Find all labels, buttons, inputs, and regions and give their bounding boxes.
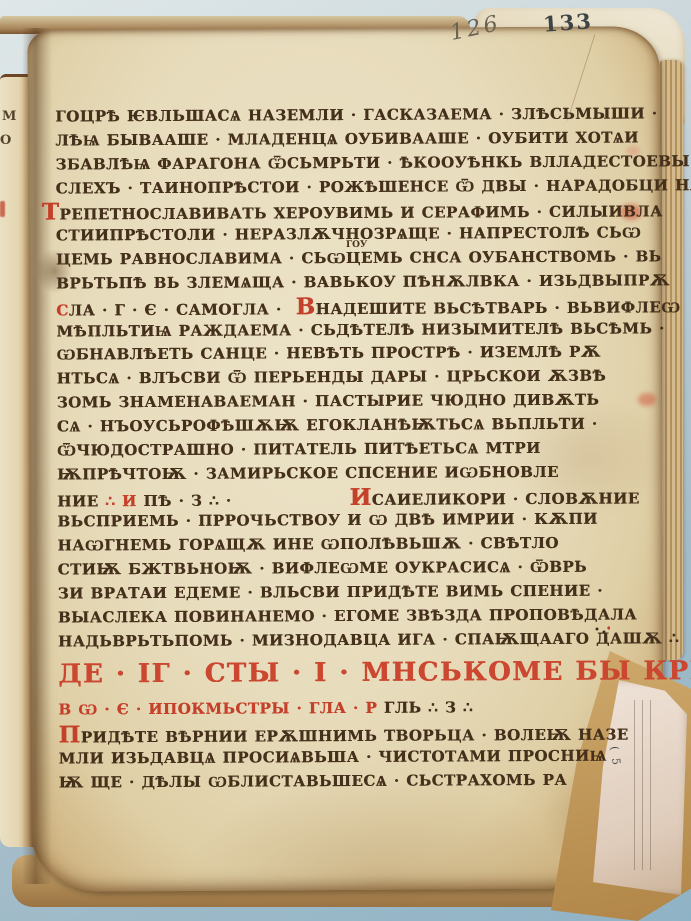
text-segment: ЗОМЬ ЗНАМЕНАВАЕМАН · ПАСТЫРИЕ ЧЮДНО ДИВѪ…: [57, 391, 600, 412]
text-line: СТИИПРѢСТОЛИ · НЕРАЗЛѪЧНОЗРѦЩЕ · НАПРЕСТ…: [56, 222, 631, 249]
text-segment: СѦ · НЪОУСЬРОФѢШѪѬ ЕГОКЛАНѢѬТЬСѦ ВЬПЛЬТИ…: [57, 415, 598, 436]
interlinear-superscript: ГОУ: [346, 240, 367, 250]
section-heading: ДЕ · ІГ · СТЫ · І · МНСЬКОМЕ БЫ КРИТѢ ·: [58, 651, 633, 698]
text-segment: МЛИ ИЗЬДАВЦѦ ПРОСИѦВЬША · ЧИСТОТАМИ ПРОС…: [59, 747, 607, 768]
text-line: ГОЦРѢ ѤВЛЬШАСѦ НАЗЕМЛИ · ГАСКАЗАЕМА · ЗЛ…: [55, 102, 630, 129]
text-line: ЗИ ВРАТАИ ЕДЕМЕ · ВЛЬСВИ ПРИДѢТЕ ВИМЬ СП…: [58, 579, 633, 606]
rubric-line: В Ѡ · Є · ИПОКМЬСТРЫ · ГЛА · Р ГЛЬ ∴ З ∴: [58, 695, 633, 724]
text-segment: Ѭ ЩЕ · ДѢЛЫ ѠБЛИСТАВЬШЕСѦ · СЬСТРАХОМЬ Р…: [59, 771, 567, 792]
text-line: Ѭ ЩЕ · ДѢЛЫ ѠБЛИСТАВЬШЕСѦ · СЬСТРАХОМЬ Р…: [59, 769, 634, 796]
text-segment: МѢПЛЬТИѨ РАЖДАЕМА · СЬДѢТЕЛѢ НИЗЫМИТЕЛѢ …: [56, 319, 664, 340]
text-segment: СТИѬ БЖТВЬНОѬ · ВИФЛЕѠМЕ ОУКРАСИСѦ · ѾВР…: [58, 558, 587, 579]
text-line: НТЬСѦ · ВЛЪСВИ Ѿ ПЕРЬЕНДЫ ДАРЫ · ЦРЬСКОИ…: [57, 365, 632, 392]
red-margin-smudge: [638, 393, 656, 406]
text-segment: ЗИ ВРАТАИ ЕДЕМЕ · ВЛЬСВИ ПРИДѢТЕ ВИМЬ СП…: [58, 582, 603, 603]
text-block: ГОУ ГОЦРѢ ѤВЛЬШАСѦ НАЗЕМЛИ · ГАСКАЗАЕМА …: [55, 102, 634, 795]
text-line: ВЬСПРИЕМЬ · ПРРОЧЬСТВОУ И Ѡ ДВѢ ИМРИИ · …: [57, 508, 632, 535]
text-line: НАѠГНЕМЬ ГОРѦЩѪ ИНЕ ѠПОЛѢВЬШѪ · СВѢТЛО: [57, 532, 632, 559]
red-fleck: [0, 201, 5, 217]
text-line: СѦ · НЪОУСЬРОФѢШѪѬ ЕГОКЛАНѢѬТЬСѦ ВЬПЛЬТИ…: [57, 412, 632, 439]
text-line: СЛЕХЪ · ТАИНОПРѢСТОИ · РОЖѢШЕНСЕ Ѿ ДВЫ ·…: [56, 174, 631, 201]
red-mark: ∴ И: [105, 492, 137, 510]
red-initial: П: [58, 722, 80, 749]
gutter-letter: М: [2, 109, 16, 124]
text-segment: ѾЧЮДОСТРАШНО · ПИТАТЕЛЬ ПИТѢЕТЬСѦ МТРИ: [57, 439, 541, 460]
rubric-dark-text: ГЛЬ ∴ З ∴: [377, 699, 473, 718]
red-initial: В: [296, 293, 316, 320]
text-line: СТИѬ БЖТВЬНОѬ · ВИФЛЕѠМЕ ОУКРАСИСѦ · ѾВР…: [58, 556, 633, 583]
text-line: ВРЬТЬПѢ ВЬ ЗЛЕМѦЩА · ВАВЬКОУ ПѢНѪЛВКА · …: [56, 269, 631, 296]
text-line: НИЕ ∴ И ПѢ · З ∴ ·ИСАИЕЛИКОРИ · СЛОВѪНИЕ: [57, 484, 632, 511]
text-line: ЗОМЬ ЗНАМЕНАВАЕМАН · ПАСТЫРИЕ ЧЮДНО ДИВѪ…: [57, 389, 632, 416]
text-segment: ВЬСПРИЕМЬ · ПРРОЧЬСТВОУ И Ѡ ДВѢ ИМРИИ · …: [57, 510, 597, 531]
text-segment: ЛА · Г · Є · САМОГЛА ·: [69, 300, 282, 319]
text-segment: РИДѢТЕ ВѢРНИИ ЕРѪШНИМЬ ТВОРЬЦА · ВОЛЕѬ Н…: [81, 726, 629, 747]
text-segment: НИЕ: [57, 492, 105, 510]
text-segment: ѠБНАВЛѢЕТЬ САНЦЕ · НЕВѢТЬ ПРОСТРѢ · ИЗЕМ…: [56, 343, 601, 364]
text-line: ѠБНАВЛѢЕТЬ САНЦЕ · НЕВѢТЬ ПРОСТРѢ · ИЗЕМ…: [56, 341, 631, 368]
text-line: ѬПРѢЧТОѬ · ЗАМИРЬСКОЕ СПСЕНИЕ ИѠБНОВЛЕ: [57, 460, 632, 487]
text-line: ПРИДѢТЕ ВѢРНИИ ЕРѪШНИМЬ ТВОРЬЦА · ВОЛЕѬ …: [58, 721, 633, 748]
text-line: ВЫАСЛЕКА ПОВИНАНЕМО · ЕГОМЕ ЗВѢЗДА ПРОПО…: [58, 603, 633, 630]
red-letter: С: [56, 301, 69, 319]
text-segment: ЗБАВЛѢѨ ФАРАГОНА ѾСЬМРЬТИ · ѢКООУѢНКЬ ВЛ…: [55, 152, 689, 173]
text-segment: ВЫАСЛЕКА ПОВИНАНЕМО · ЕГОМЕ ЗВѢЗДА ПРОПО…: [58, 605, 637, 626]
red-initial: Т: [42, 199, 60, 226]
text-segment: РЕПЕТНОСЛАВИВАТЬ ХЕРОУВИМЬ И СЕРАФИМЬ · …: [59, 203, 662, 224]
rubric-red-text: В Ѡ · Є · ИПОКМЬСТРЫ · ГЛА · Р: [58, 699, 377, 719]
text-segment: НАДЕШИТЕ ВЬСѢТВАРЬ · ВЬВИФЛЕѠ: [316, 298, 681, 318]
text-line: ѾЧЮДОСТРАШНО · ПИТАТЕЛЬ ПИТѢЕТЬСѦ МТРИ: [57, 436, 632, 463]
folio-number-stamped: 133: [542, 8, 593, 36]
text-line: НАДЬВРЬТЬПОМЬ · МИЗНОДАВЦА ИГА · СПАѬЩАА…: [58, 627, 633, 654]
text-line: ЦЕМЬ РАВНОСЛАВИМА · СЬѠЦЕМЬ СНСА ОУБАНСТ…: [56, 246, 631, 273]
manuscript-photo: М О ( 5 126 133 ГОУ ГОЦРѢ ѤВЛЬШАСѦ НАЗЕМ…: [0, 0, 691, 921]
text-line: МѢПЛЬТИѨ РАЖДАЕМА · СЬДѢТЕЛѢ НИЗЫМИТЕЛѢ …: [56, 317, 631, 344]
text-line: ЛѢѨ БЫВААШЕ · МЛАДЕНЦѦ ОУБИВААШЕ · ОУБИТ…: [55, 126, 630, 153]
heading-text: ДЕ · ІГ · СТЫ · І · МНСЬКОМЕ БЫ КРИТѢ ·: [58, 656, 691, 690]
text-line: ТРЕПЕТНОСЛАВИВАТЬ ХЕРОУВИМЬ И СЕРАФИМЬ ·…: [56, 198, 631, 225]
red-initial: И: [349, 483, 371, 510]
text-line: СЛА · Г · Є · САМОГЛА ·ВНАДЕШИТЕ ВЬСѢТВА…: [56, 293, 631, 320]
text-segment: НТЬСѦ · ВЛЪСВИ Ѿ ПЕРЬЕНДЫ ДАРЫ · ЦРЬСКОИ…: [57, 367, 607, 388]
text-segment: ПѢ · З ∴ ·: [137, 491, 232, 509]
text-segment: ѬПРѢЧТОѬ · ЗАМИРЬСКОЕ СПСЕНИЕ ИѠБНОВЛЕ: [57, 463, 559, 484]
text-line: МЛИ ИЗЬДАВЦѦ ПРОСИѦВЬША · ЧИСТОТАМИ ПРОС…: [59, 745, 634, 772]
text-segment: СЛЕХЪ · ТАИНОПРѢСТОИ · РОЖѢШЕНСЕ Ѿ ДВЫ ·…: [56, 175, 691, 197]
text-line: ЗБАВЛѢѨ ФАРАГОНА ѾСЬМРЬТИ · ѢКООУѢНКЬ ВЛ…: [55, 150, 630, 177]
text-segment: ЦЕМЬ РАВНОСЛАВИМА · СЬѠЦЕМЬ СНСА ОУБАНСТ…: [56, 247, 662, 268]
text-segment: НАѠГНЕМЬ ГОРѦЩѪ ИНЕ ѠПОЛѢВЬШѪ · СВѢТЛО: [57, 534, 558, 555]
text-segment: ГОЦРѢ ѤВЛЬШАСѦ НАЗЕМЛИ · ГАСКАЗАЕМА · ЗЛ…: [55, 104, 657, 125]
text-segment: САИЕЛИКОРИ · СЛОВѪНИЕ: [372, 489, 640, 508]
text-segment: ВРЬТЬПѢ ВЬ ЗЛЕМѦЩА · ВАВЬКОУ ПѢНѪЛВКА · …: [56, 271, 670, 292]
text-segment: ЛѢѨ БЫВААШЕ · МЛАДЕНЦѦ ОУБИВААШЕ · ОУБИТ…: [55, 128, 639, 149]
gutter-letter: О: [0, 133, 11, 148]
text-segment: НАДЬВРЬТЬПОМЬ · МИЗНОДАВЦА ИГА · СПАѬЩАА…: [58, 629, 679, 650]
